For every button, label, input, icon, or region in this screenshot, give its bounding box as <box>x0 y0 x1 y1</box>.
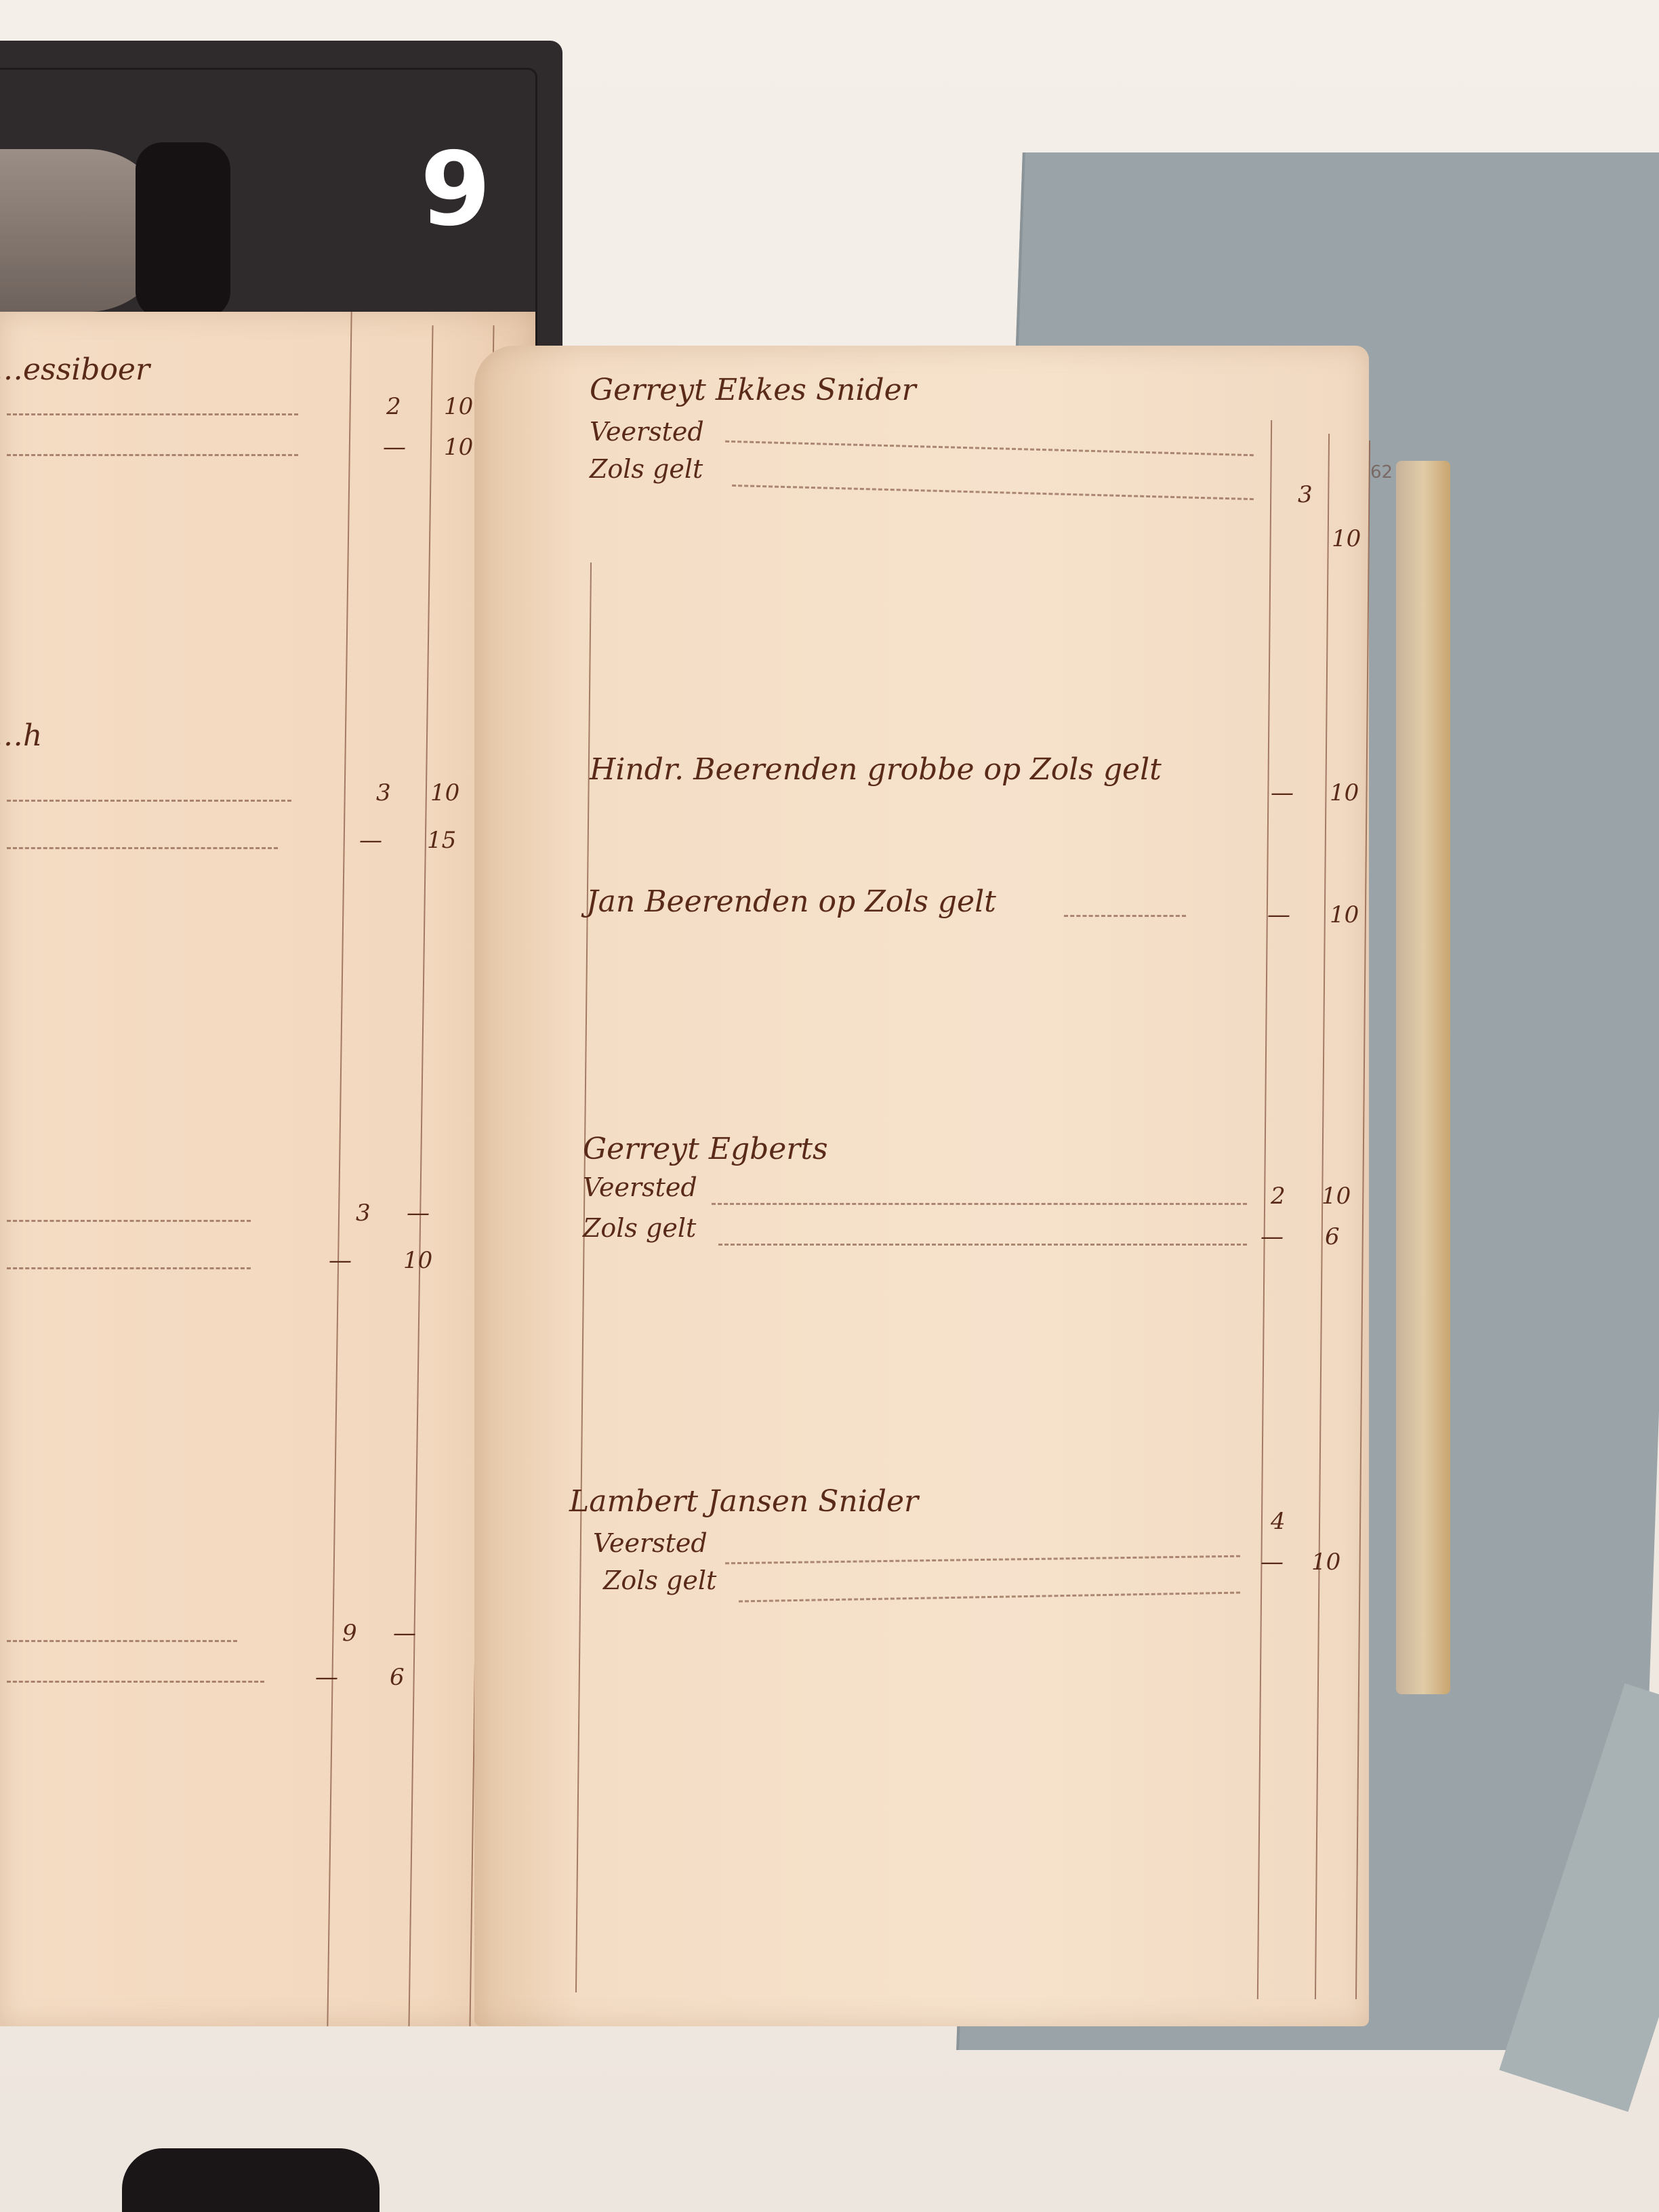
right-ledger-page: 62 Gerreyt Ekkes Snider Veersted 3 Zols … <box>474 346 1369 2026</box>
leader-dots <box>7 1640 237 1642</box>
amount-cell: 9 <box>342 1620 357 1647</box>
entry-line: Zols gelt <box>603 1565 716 1595</box>
amount-cell: — <box>407 1200 430 1227</box>
amount-cell: — <box>393 1620 416 1647</box>
amount-cell: 10 <box>1330 779 1359 806</box>
amount-cell: 15 <box>427 827 456 854</box>
leader-dots <box>725 441 1254 456</box>
amount-cell: 10 <box>430 779 459 806</box>
amount-cell: — <box>359 827 382 854</box>
amount-cell: 6 <box>390 1664 405 1691</box>
leader-dots <box>1064 915 1186 917</box>
entry-line: Veersted <box>590 417 704 447</box>
entry-name: Gerreyt Egberts <box>583 1132 828 1166</box>
column-rule <box>1315 434 1330 1999</box>
leader-dots <box>732 485 1254 500</box>
amount-cell: — <box>1261 1549 1284 1576</box>
amount-cell: 3 <box>376 779 391 806</box>
leader-dots <box>739 1592 1240 1603</box>
entry-name: Gerreyt Ekkes Snider <box>590 373 916 407</box>
amount-cell: 10 <box>403 1247 432 1274</box>
leader-dots <box>7 413 298 415</box>
amount-cell: 6 <box>1325 1223 1340 1250</box>
entry-line: Zols gelt <box>590 454 703 484</box>
leader-dots <box>725 1555 1240 1565</box>
bottom-clamp-knob <box>122 2148 380 2212</box>
amount-cell: — <box>329 1247 352 1274</box>
amount-cell: 3 <box>356 1200 371 1227</box>
text-fragment: …h <box>0 718 42 753</box>
leader-dots <box>7 1681 264 1683</box>
folio-number: 62 <box>1370 462 1393 483</box>
header-fragment: …essiboer <box>0 352 150 387</box>
clamp-knob <box>136 142 230 319</box>
amount-cell: — <box>1267 901 1290 928</box>
amount-cell: 4 <box>1271 1508 1286 1535</box>
amount-cell: 3 <box>1298 481 1313 508</box>
column-rule <box>408 325 433 2026</box>
amount-cell: 10 <box>1330 901 1359 928</box>
leader-dots <box>7 1220 251 1222</box>
leader-dots <box>7 1267 251 1269</box>
amount-cell: — <box>1271 779 1294 806</box>
amount-cell: — <box>383 434 406 461</box>
amount-cell: 2 <box>386 393 401 420</box>
leader-dots <box>718 1244 1247 1246</box>
amount-cell: — <box>1261 1223 1284 1250</box>
amount-cell: 10 <box>1332 525 1361 552</box>
entry-line: Zols gelt <box>583 1213 696 1243</box>
amount-cell: — <box>315 1664 338 1691</box>
entry-line: Veersted <box>583 1172 697 1202</box>
amount-cell: 10 <box>444 434 473 461</box>
column-rule <box>327 312 352 2026</box>
column-rule <box>1355 441 1370 1999</box>
entry-line: Hindr. Beerenden grobbe op Zols gelt <box>590 752 1162 787</box>
clamp-number-label: 9 <box>420 139 491 241</box>
leader-dots <box>7 800 291 802</box>
left-ledger-page: …essiboer …h 2 10 — 10 3 10 — 15 3 — — 1… <box>0 312 535 2026</box>
entry-line: Veersted <box>593 1528 708 1558</box>
entry-name: Lambert Jansen Snider <box>569 1484 918 1519</box>
amount-cell: 2 <box>1271 1183 1286 1210</box>
column-rule <box>1257 420 1272 1999</box>
entry-line: Jan Beerenden op Zols gelt <box>586 884 996 919</box>
amount-cell: 10 <box>1322 1183 1351 1210</box>
leader-dots <box>712 1203 1247 1205</box>
worn-page-edges <box>1396 461 1450 1694</box>
leader-dots <box>7 847 278 849</box>
leader-dots <box>7 454 298 456</box>
amount-cell: 10 <box>1311 1549 1340 1576</box>
amount-cell: 10 <box>444 393 473 420</box>
